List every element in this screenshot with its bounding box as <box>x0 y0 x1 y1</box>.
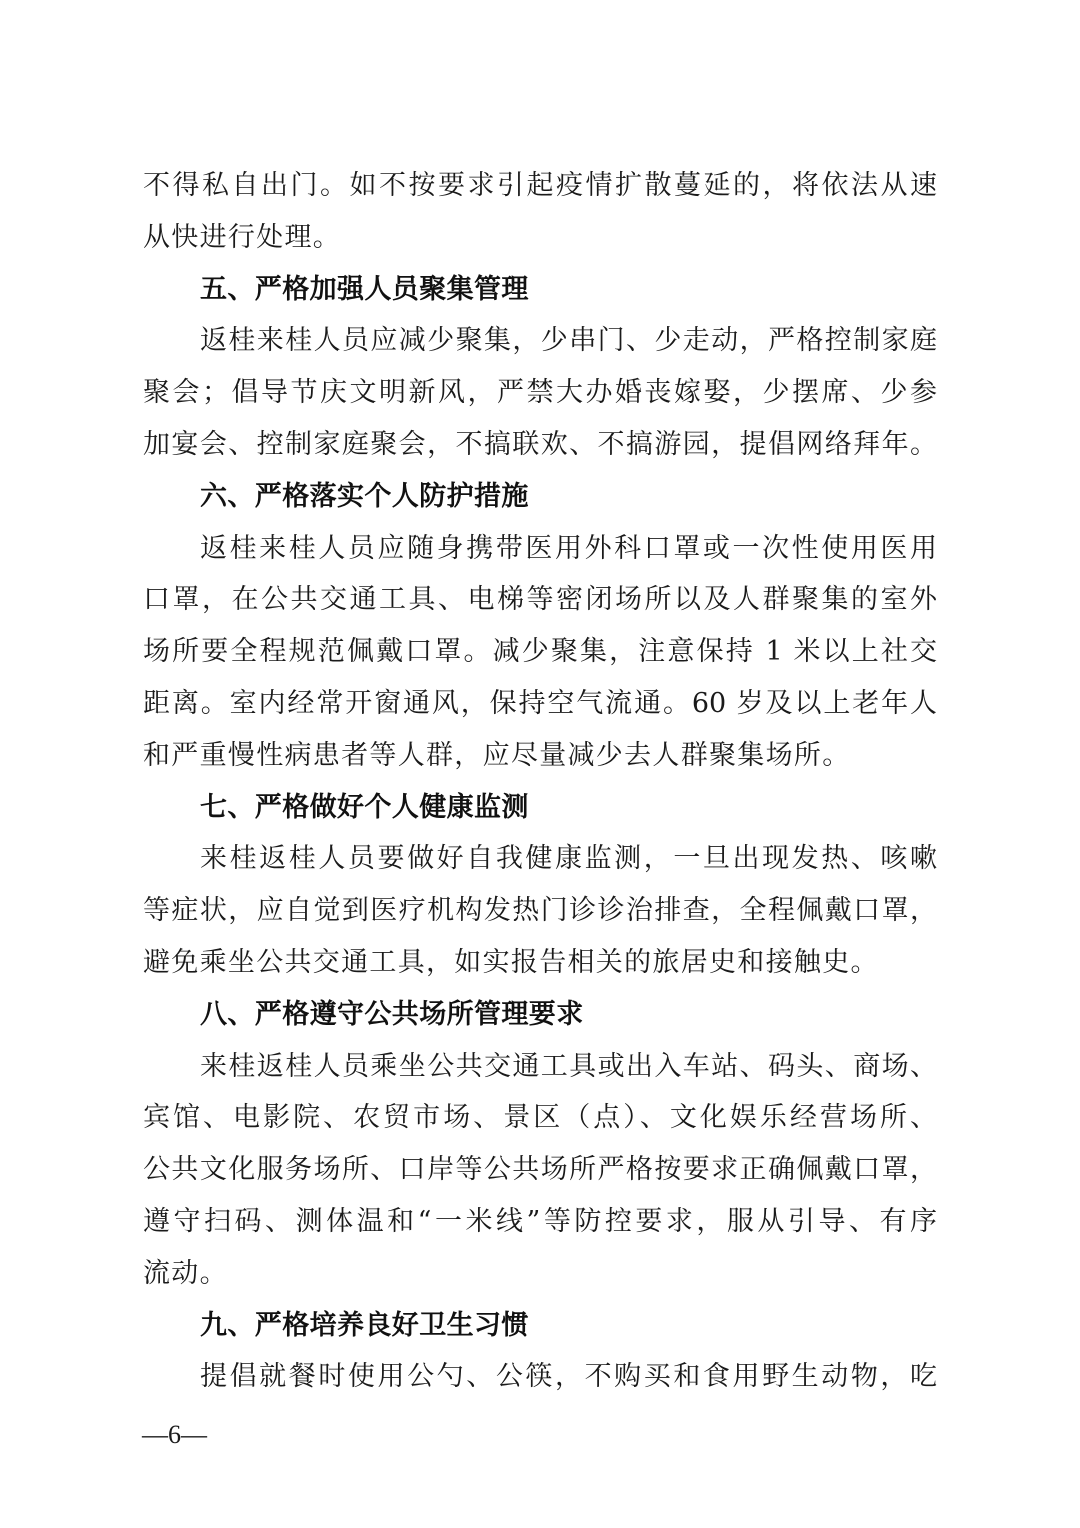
paragraph-line: 聚会；倡导节庆文明新风，严禁大办婚丧嫁娶，少摆席、少参 <box>143 367 937 419</box>
paragraph-line: 和严重慢性病患者等人群，应尽量减少去人群聚集场所。 <box>143 730 937 782</box>
paragraph-line: 返桂来桂人员应随身携带医用外科口罩或一次性使用医用 <box>143 523 937 575</box>
document-body: 不得私自出门。如不按要求引起疫情扩散蔓延的，将依法从速 从快进行处理。 五、严格… <box>143 160 937 1403</box>
section-heading-8: 八、严格遵守公共场所管理要求 <box>143 989 937 1041</box>
paragraph-line: 提倡就餐时使用公勺、公筷，不购买和食用野生动物，吃 <box>143 1351 937 1403</box>
paragraph-line: 来桂返桂人员乘坐公共交通工具或出入车站、码头、商场、 <box>143 1041 937 1093</box>
paragraph-line: 避免乘坐公共交通工具，如实报告相关的旅居史和接触史。 <box>143 937 937 989</box>
section-heading-9: 九、严格培养良好卫生习惯 <box>143 1300 937 1352</box>
paragraph-line: 来桂返桂人员要做好自我健康监测，一旦出现发热、咳嗽 <box>143 833 937 885</box>
paragraph-line: 距离。室内经常开窗通风，保持空气流通。60 岁及以上老年人 <box>143 678 937 730</box>
paragraph-line: 加宴会、控制家庭聚会，不搞联欢、不搞游园，提倡网络拜年。 <box>143 419 937 471</box>
section-heading-7: 七、严格做好个人健康监测 <box>143 782 937 834</box>
paragraph-line: 等症状，应自觉到医疗机构发热门诊诊治排查，全程佩戴口罩， <box>143 885 937 937</box>
paragraph-line: 从快进行处理。 <box>143 212 937 264</box>
section-heading-5: 五、严格加强人员聚集管理 <box>143 264 937 316</box>
paragraph-line: 流动。 <box>143 1248 937 1300</box>
document-page: 不得私自出门。如不按要求引起疫情扩散蔓延的，将依法从速 从快进行处理。 五、严格… <box>0 0 1080 1528</box>
paragraph-line: 不得私自出门。如不按要求引起疫情扩散蔓延的，将依法从速 <box>143 160 937 212</box>
page-number: —6— <box>142 1418 207 1452</box>
paragraph-line: 返桂来桂人员应减少聚集，少串门、少走动，严格控制家庭 <box>143 315 937 367</box>
paragraph-line: 口罩，在公共交通工具、电梯等密闭场所以及人群聚集的室外 <box>143 574 937 626</box>
paragraph-line: 场所要全程规范佩戴口罩。减少聚集，注意保持 1 米以上社交 <box>143 626 937 678</box>
section-heading-6: 六、严格落实个人防护措施 <box>143 471 937 523</box>
paragraph-line: 遵守扫码、测体温和“一米线”等防控要求，服从引导、有序 <box>143 1196 937 1248</box>
paragraph-line: 宾馆、电影院、农贸市场、景区（点）、文化娱乐经营场所、 <box>143 1092 937 1144</box>
paragraph-line: 公共文化服务场所、口岸等公共场所严格按要求正确佩戴口罩， <box>143 1144 937 1196</box>
